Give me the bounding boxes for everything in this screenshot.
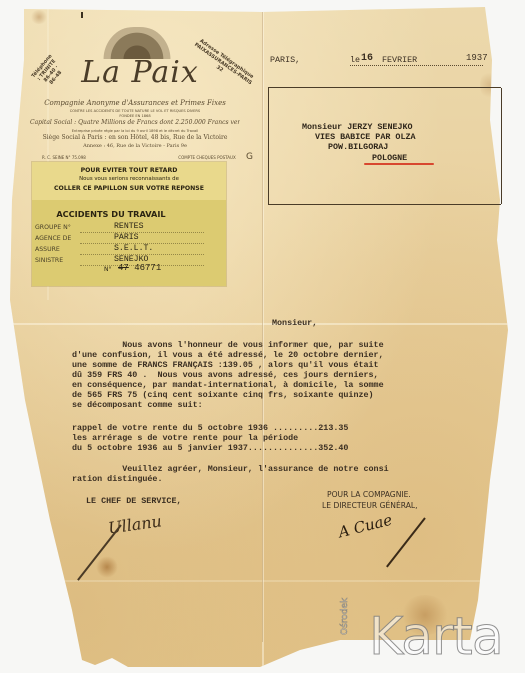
sticker-value: S.E.L.T. bbox=[114, 244, 153, 253]
sticker-label: GROUPE N° bbox=[35, 224, 71, 231]
closing-line: Veuillez agréer, Monsieur, l'assurance d… bbox=[72, 464, 389, 474]
sticker-notice-3: COLLER CE PAPILLON SUR VOTRE REPONSE bbox=[32, 185, 226, 192]
recipient-village: VIES BABICE PAR OLZA bbox=[315, 132, 416, 142]
body-line: de 565 FRS 75 (cinq cent soixante cinq f… bbox=[72, 390, 374, 400]
sticker-value: RENTES bbox=[114, 222, 143, 231]
reference-sticker: POUR EVITER TOUT RETARD Nous vous serion… bbox=[32, 162, 226, 286]
sticker-notice-2: Nous vous serions reconnaissants de bbox=[32, 176, 226, 182]
seat-line: Siège Social à Paris : en son Hôtel, 48 … bbox=[30, 134, 240, 141]
body-line: d'une confusion, il vous a été adressé, … bbox=[72, 350, 384, 360]
recipient-name: Monsieur JERZY SENEJKO bbox=[302, 122, 413, 132]
date-day: 16 bbox=[361, 53, 373, 64]
sticker-title: ACCIDENTS DU TRAVAIL bbox=[14, 209, 208, 219]
date-le: le bbox=[350, 55, 360, 65]
rc-number: R. C. SEINE N° 75.098 bbox=[42, 155, 86, 160]
sticker-label: SINISTRE bbox=[35, 257, 63, 264]
date-month: FEVRIER bbox=[382, 55, 417, 65]
date-city: PARIS, bbox=[270, 55, 300, 65]
founded-line: FONDEE EN 1868 bbox=[30, 114, 240, 118]
coverage-line: CONTRE LES ACCIDENTS DE TOUTE NATURE LE … bbox=[30, 109, 240, 113]
watermark-prefix: Ośrodek bbox=[340, 598, 350, 635]
closing-line: ration distinguée. bbox=[72, 474, 162, 484]
directeur-general: LE DIRECTEUR GÉNÉRAL, bbox=[322, 501, 418, 510]
sticker-number: 47 46771 bbox=[118, 263, 161, 273]
breakdown-line: rappel de votre rente du 5 octobre 1936 … bbox=[72, 423, 348, 433]
date-rule bbox=[350, 65, 483, 66]
sticker-notice: POUR EVITER TOUT RETARD Nous vous serion… bbox=[32, 162, 226, 201]
sticker-value: PARIS bbox=[114, 233, 139, 242]
fold-line bbox=[262, 12, 263, 642]
red-underline bbox=[364, 163, 434, 165]
sticker-label: AGENCE DE bbox=[35, 235, 71, 242]
capital-line: Capital Social : Quatre Millions de Fran… bbox=[30, 119, 240, 126]
watermark-logo: Karta bbox=[369, 611, 503, 663]
annex-line: Annexe : 46, Rue de la Victoire - Paris … bbox=[30, 143, 240, 149]
sticker-number-label: N° bbox=[104, 266, 112, 273]
chef-de-service: LE CHEF DE SERVICE, bbox=[86, 496, 182, 506]
sticker-number-struck: 47 bbox=[118, 263, 129, 273]
body-line: une somme de FRANCS FRANÇAIS :139.05 , a… bbox=[72, 360, 379, 370]
fold-mark bbox=[81, 12, 83, 18]
stain bbox=[30, 10, 48, 24]
breakdown-line: du 5 octobre 1936 au 5 janvier 1937.....… bbox=[72, 443, 348, 453]
body-line: en conséquence, par mandat-international… bbox=[72, 380, 384, 390]
body-line: dû 359 FRS 40 . Nous vous avons adressé,… bbox=[72, 370, 379, 380]
g-mark: G bbox=[246, 152, 253, 162]
company-name: La Paix bbox=[60, 55, 220, 90]
breakdown-line: les arrérage s de votre rente pour la pé… bbox=[72, 433, 298, 443]
stain bbox=[96, 556, 118, 578]
recipient-country: POLOGNE bbox=[372, 153, 407, 163]
sticker-label: ASSURE bbox=[35, 246, 60, 253]
body-line: Nous avons l'honneur de vous informer qu… bbox=[72, 340, 384, 350]
decree-line: Entreprise privée régie par la loi du 9 … bbox=[30, 129, 240, 133]
salutation: Monsieur, bbox=[272, 318, 317, 328]
body-line: se décomposant comme suit: bbox=[72, 400, 203, 410]
recipient-district: POW.BILGORAJ bbox=[328, 142, 388, 152]
pour-la-compagnie: POUR LA COMPAGNIE. bbox=[327, 490, 411, 499]
date-year: 1937 bbox=[466, 53, 488, 63]
company-subtitle: Compagnie Anonyme d'Assurances et Primes… bbox=[30, 99, 240, 107]
postal-account-label: COMPTE CHEQUES POSTAUX bbox=[172, 154, 242, 161]
sticker-notice-1: POUR EVITER TOUT RETARD bbox=[32, 167, 226, 174]
sticker-number-value: 46771 bbox=[134, 263, 161, 273]
